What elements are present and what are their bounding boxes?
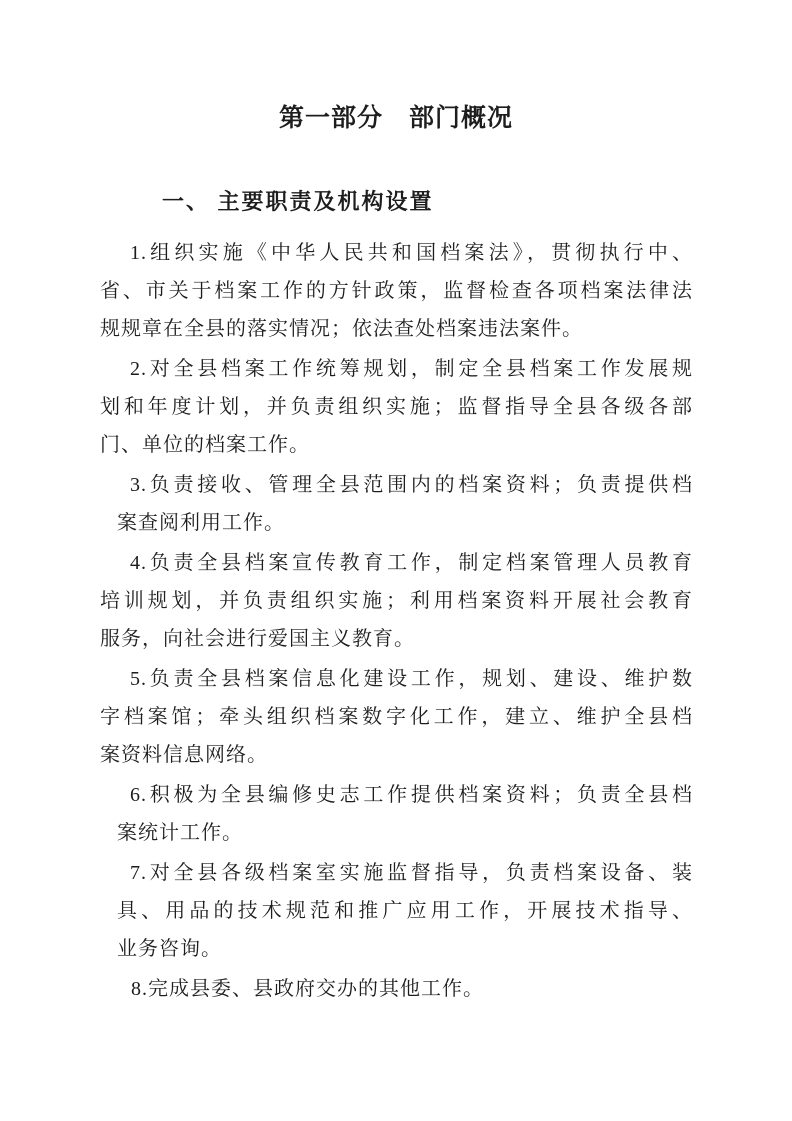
- text-line: 4.负责全县档案宣传教育工作，制定档案管理人员教育: [100, 544, 693, 582]
- text-line: 7.对全县各级档案室实施监督指导，负责档案设备、装: [117, 854, 693, 892]
- text-line: 案查阅利用工作。: [117, 504, 693, 542]
- text-line: 培训规划，并负责组织实施；利用档案资料开展社会教育: [100, 582, 693, 620]
- paragraph: 5.负责全县档案信息化建设工作，规划、建设、维护数字档案馆；牵头组织档案数字化工…: [100, 660, 693, 774]
- paragraph: 6.积极为全县编修史志工作提供档案资料；负责全县档案统计工作。: [100, 776, 693, 852]
- text-line: 字档案馆；牵头组织档案数字化工作，建立、维护全县档: [100, 698, 693, 736]
- section-heading: 一、 主要职责及机构设置: [162, 185, 434, 216]
- text-line: 划和年度计划，并负责组织实施；监督指导全县各级各部: [100, 388, 693, 426]
- text-line: 5.负责全县档案信息化建设工作，规划、建设、维护数: [100, 660, 693, 698]
- text-line: 案资料信息网络。: [100, 736, 693, 774]
- text-line: 8.完成县委、县政府交办的其他工作。: [100, 970, 693, 1008]
- text-line: 省、市关于档案工作的方针政策，监督检查各项档案法律法: [100, 272, 693, 310]
- text-line: 具、用品的技术规范和推广应用工作，开展技术指导、: [117, 892, 693, 930]
- paragraph: 3.负责接收、管理全县范围内的档案资料；负责提供档案查阅利用工作。: [100, 466, 693, 542]
- text-line: 门、单位的档案工作。: [100, 426, 693, 464]
- text-line: 服务，向社会进行爱国主义教育。: [100, 620, 693, 658]
- paragraph: 4.负责全县档案宣传教育工作，制定档案管理人员教育培训规划，并负责组织实施；利用…: [100, 544, 693, 658]
- text-line: 6.积极为全县编修史志工作提供档案资料；负责全县档: [117, 776, 693, 814]
- text-line: 业务咨询。: [117, 930, 693, 968]
- paragraph: 1.组织实施《中华人民共和国档案法》，贯彻执行中、省、市关于档案工作的方针政策，…: [100, 234, 693, 348]
- text-line: 案统计工作。: [117, 814, 693, 852]
- text-line: 3.负责接收、管理全县范围内的档案资料；负责提供档: [117, 466, 693, 504]
- document-body: 1.组织实施《中华人民共和国档案法》，贯彻执行中、省、市关于档案工作的方针政策，…: [100, 234, 693, 1008]
- text-line: 规规章在全县的落实情况；依法查处档案违法案件。: [100, 310, 693, 348]
- document-page: 第一部分 部门概况 一、 主要职责及机构设置 1.组织实施《中华人民共和国档案法…: [0, 0, 792, 1121]
- document-title: 第一部分 部门概况: [0, 98, 792, 134]
- paragraph: 7.对全县各级档案室实施监督指导，负责档案设备、装具、用品的技术规范和推广应用工…: [100, 854, 693, 968]
- paragraph: 8.完成县委、县政府交办的其他工作。: [100, 970, 693, 1008]
- paragraph: 2.对全县档案工作统筹规划，制定全县档案工作发展规划和年度计划，并负责组织实施；…: [100, 350, 693, 464]
- text-line: 1.组织实施《中华人民共和国档案法》，贯彻执行中、: [100, 234, 693, 272]
- text-line: 2.对全县档案工作统筹规划，制定全县档案工作发展规: [100, 350, 693, 388]
